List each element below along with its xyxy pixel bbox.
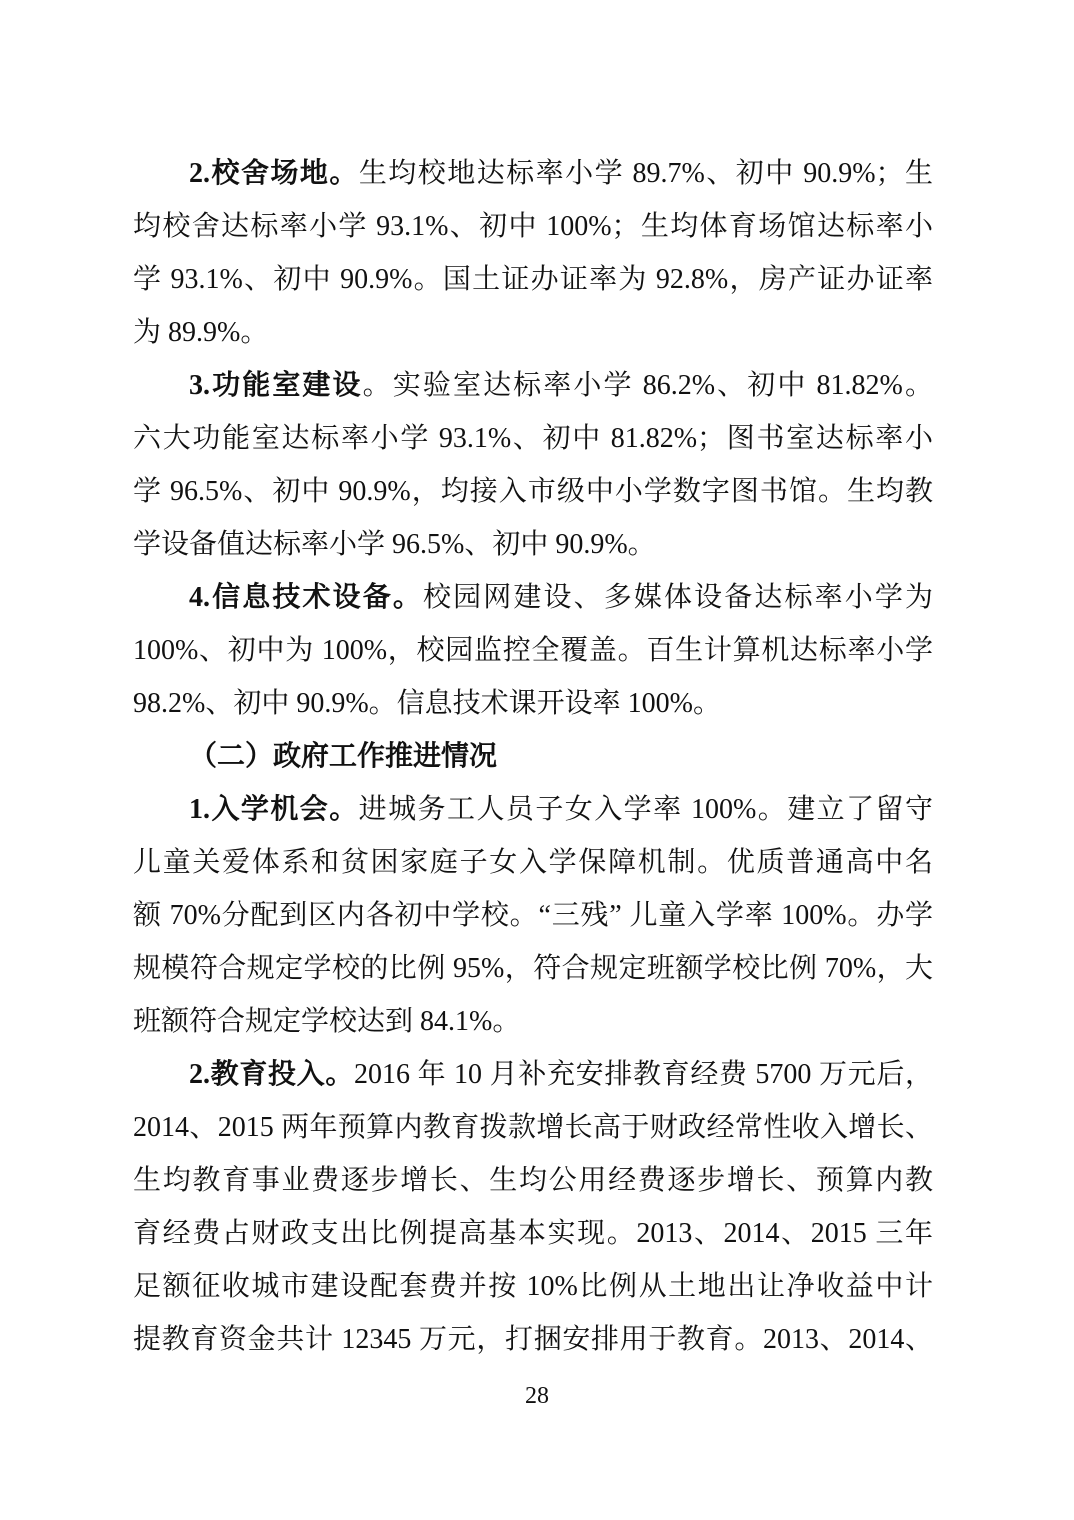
text-line: 儿童关爱体系和贫困家庭子女入学保障机制。优质普通高中名	[133, 836, 933, 889]
paragraph: 2.教育投入。2016 年 10 月补充安排教育经费 5700 万元后，2014…	[133, 1048, 933, 1366]
text-line: 提教育资金共计 12345 万元，打捆安排用于教育。2013、2014、	[133, 1313, 933, 1366]
text-line: 1.入学机会。进城务工人员子女入学率 100%。建立了留守	[133, 783, 933, 836]
text-line: 育经费占财政支出比例提高基本实现。2013、2014、2015 三年	[133, 1207, 933, 1260]
text-line: 为 89.9%。	[133, 306, 933, 359]
text-line: 2.教育投入。2016 年 10 月补充安排教育经费 5700 万元后，	[133, 1048, 933, 1101]
text-line: 学设备值达标率小学 96.5%、初中 90.9%。	[133, 518, 933, 571]
paragraph: 1.入学机会。进城务工人员子女入学率 100%。建立了留守儿童关爱体系和贫困家庭…	[133, 783, 933, 1048]
bold-run: 4.信息技术设备。	[189, 582, 423, 613]
text-line: （二）政府工作推进情况	[133, 730, 933, 783]
text-line: 班额符合规定学校达到 84.1%。	[133, 995, 933, 1048]
text-line: 100%、初中为 100%，校园监控全覆盖。百生计算机达标率小学	[133, 624, 933, 677]
text-line: 2014、2015 两年预算内教育拨款增长高于财政经常性收入增长、	[133, 1101, 933, 1154]
bold-run: 3.功能室建设	[189, 370, 363, 401]
bold-run: 2.校舍场地。	[189, 158, 359, 189]
page-number: 28	[0, 1376, 1074, 1416]
document-page: 2.校舍场地。生均校地达标率小学 89.7%、初中 90.9%；生均校舍达标率小…	[0, 0, 1074, 1520]
text-line: 额 70%分配到区内各初中学校。“三残” 儿童入学率 100%。办学	[133, 889, 933, 942]
text-line: 4.信息技术设备。校园网建设、多媒体设备达标率小学为	[133, 571, 933, 624]
paragraph: 2.校舍场地。生均校地达标率小学 89.7%、初中 90.9%；生均校舍达标率小…	[133, 147, 933, 359]
bold-run: （二）政府工作推进情况	[189, 741, 497, 772]
text-line: 六大功能室达标率小学 93.1%、初中 81.82%；图书室达标率小	[133, 412, 933, 465]
bold-run: 2.教育投入。	[189, 1059, 354, 1090]
bold-run: 1.入学机会。	[189, 794, 359, 825]
paragraph: 3.功能室建设。实验室达标率小学 86.2%、初中 81.82%。六大功能室达标…	[133, 359, 933, 571]
paragraph: 4.信息技术设备。校园网建设、多媒体设备达标率小学为100%、初中为 100%，…	[133, 571, 933, 730]
text-line: 均校舍达标率小学 93.1%、初中 100%；生均体育场馆达标率小	[133, 200, 933, 253]
text-line: 3.功能室建设。实验室达标率小学 86.2%、初中 81.82%。	[133, 359, 933, 412]
text-line: 学 96.5%、初中 90.9%，均接入市级中小学数字图书馆。生均教	[133, 465, 933, 518]
text-line: 2.校舍场地。生均校地达标率小学 89.7%、初中 90.9%；生	[133, 147, 933, 200]
text-line: 规模符合规定学校的比例 95%，符合规定班额学校比例 70%，大	[133, 942, 933, 995]
text-line: 生均教育事业费逐步增长、生均公用经费逐步增长、预算内教	[133, 1154, 933, 1207]
section-heading: （二）政府工作推进情况	[133, 730, 933, 783]
text-line: 学 93.1%、初中 90.9%。国土证办证率为 92.8%，房产证办证率	[133, 253, 933, 306]
document-content: 2.校舍场地。生均校地达标率小学 89.7%、初中 90.9%；生均校舍达标率小…	[133, 147, 933, 1366]
text-line: 足额征收城市建设配套费并按 10%比例从土地出让净收益中计	[133, 1260, 933, 1313]
text-line: 98.2%、初中 90.9%。信息技术课开设率 100%。	[133, 677, 933, 730]
